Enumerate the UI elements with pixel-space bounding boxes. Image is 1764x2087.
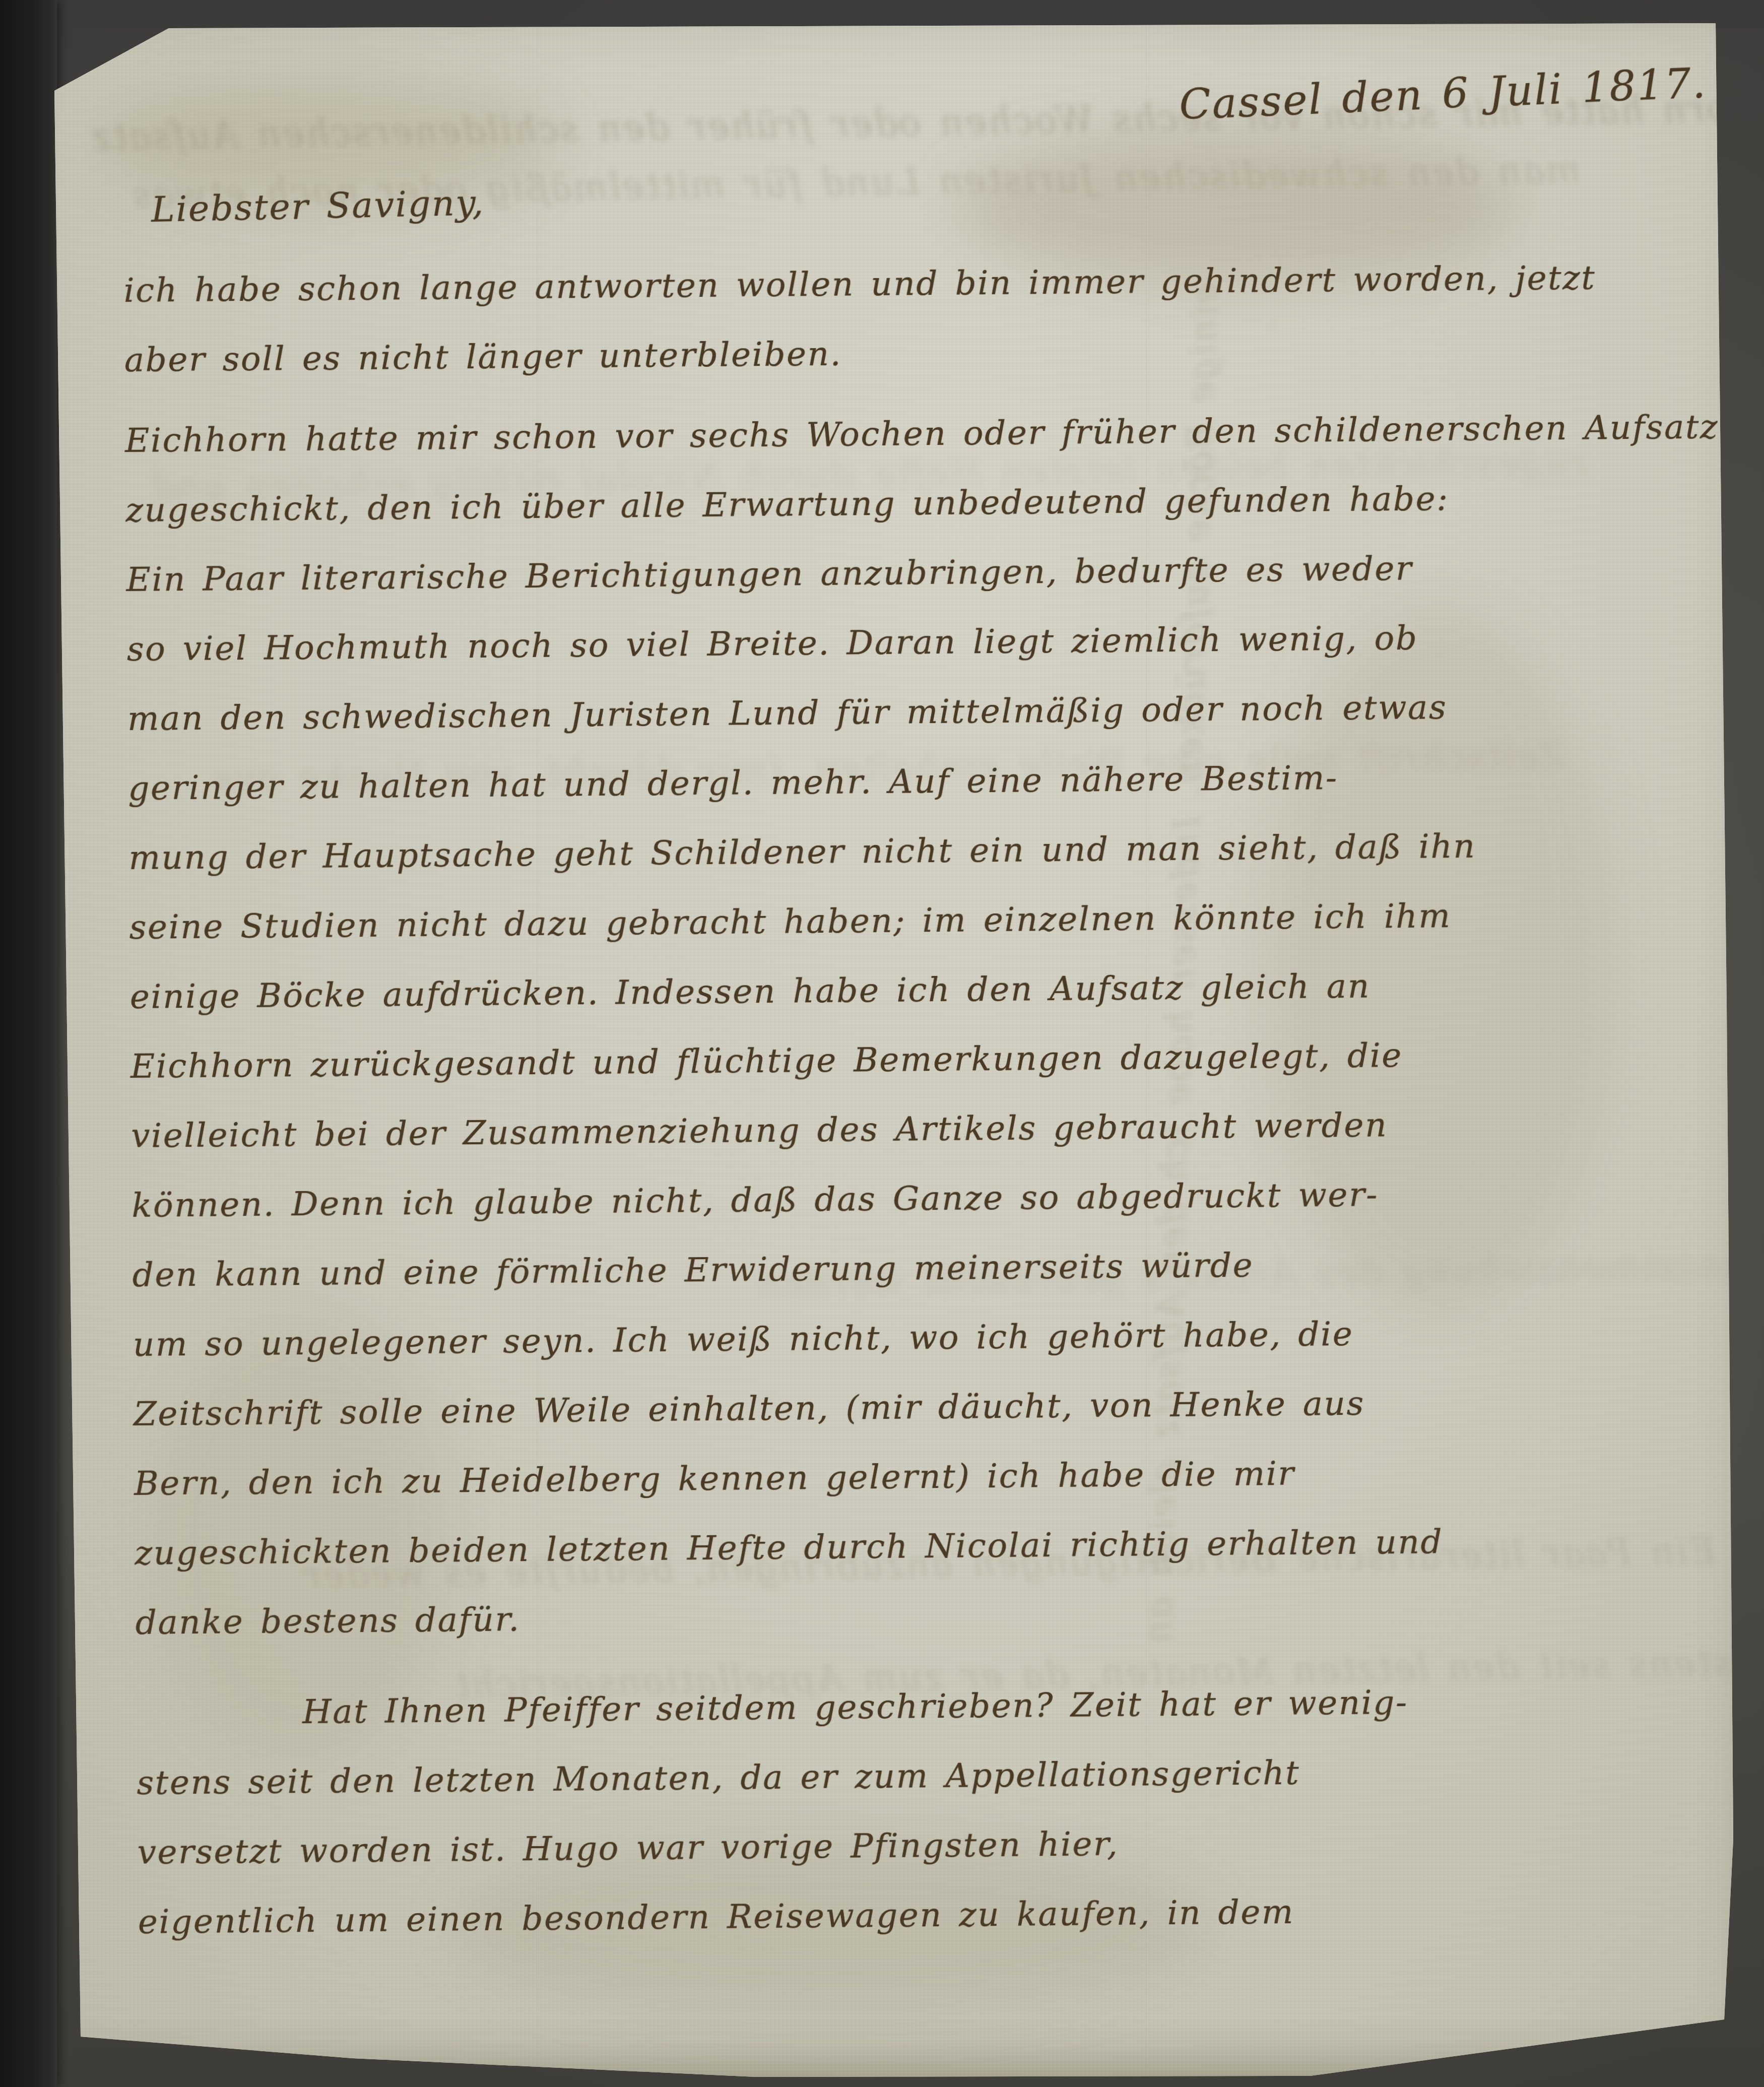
letter-line: eigentlich um einen besondern Reisewagen… <box>138 1873 1732 1957</box>
letter-line: so viel Hochmuth noch so viel Breite. Da… <box>126 601 1721 684</box>
letter-line: versetzt worden ist. Hugo war vorige Pfi… <box>137 1804 1731 1887</box>
letter-line: geringer zu halten hat und dergl. mehr. … <box>128 740 1722 823</box>
paragraph: Eichhorn hatte mir schon vor sechs Woche… <box>125 392 1730 1658</box>
letter-line: Ein Paar literarische Berichtigungen anz… <box>126 531 1720 615</box>
letter-line: Eichhorn hatte mir schon vor sechs Woche… <box>125 392 1719 476</box>
letter-body: ich habe schon lange antworten wollen un… <box>123 242 1732 1956</box>
letter-line: aber soll es nicht länger unterbleiben. <box>124 311 1718 395</box>
letter-line: Hat Ihnen Pfeiffer seitdem geschrieben? … <box>136 1665 1730 1748</box>
letter-line: Zeitschrift solle eine Weile einhalten, … <box>133 1365 1727 1449</box>
letter-page: Eichhorn hatte mir schon vor sechs Woche… <box>0 0 1764 2087</box>
letter-line: einige Böcke aufdrücken. Indessen habe i… <box>129 948 1724 1032</box>
letter-line: mung der Hauptsache geht Schildener nich… <box>128 809 1723 893</box>
letter-line: danke bestens dafür. <box>135 1574 1729 1658</box>
letter-line: um so ungelegener seyn. Ich weiß nicht, … <box>133 1296 1727 1380</box>
dateline: Cassel den 6 Juli 1817. <box>1178 59 1707 129</box>
letter-line: seine Studien nicht dazu gebracht haben;… <box>129 879 1723 962</box>
letter-line: zugeschickt, den ich über alle Erwartung… <box>125 462 1720 545</box>
paragraph: ich habe schon lange antworten wollen un… <box>123 242 1718 395</box>
letter-line: können. Denn ich glaube nicht, daß das G… <box>132 1157 1726 1241</box>
paragraph: Hat Ihnen Pfeiffer seitdem geschrieben? … <box>136 1665 1732 1957</box>
salutation: Liebster Savigny, <box>151 182 485 230</box>
letter-line: den kann und eine förmliche Erwiderung m… <box>132 1226 1726 1310</box>
manuscript-scan: Eichhorn hatte mir schon vor sechs Woche… <box>0 0 1764 2087</box>
letter-line: stens seit den letzten Monaten, da er zu… <box>137 1734 1731 1818</box>
letter-line: man den schwedischen Juristen Lund für m… <box>127 670 1721 754</box>
letter-line: ich habe schon lange antworten wollen un… <box>123 242 1718 325</box>
letter-line: vielleicht bei der Zusammenziehung des A… <box>131 1087 1725 1171</box>
letter-line: zugeschickten beiden letzten Hefte durch… <box>135 1505 1729 1588</box>
letter-line: Bern, den ich zu Heidelberg kennen geler… <box>134 1435 1728 1519</box>
binding-strip <box>0 0 57 2087</box>
letter-line: Eichhorn zurückgesandt und flüchtige Bem… <box>130 1018 1724 1101</box>
